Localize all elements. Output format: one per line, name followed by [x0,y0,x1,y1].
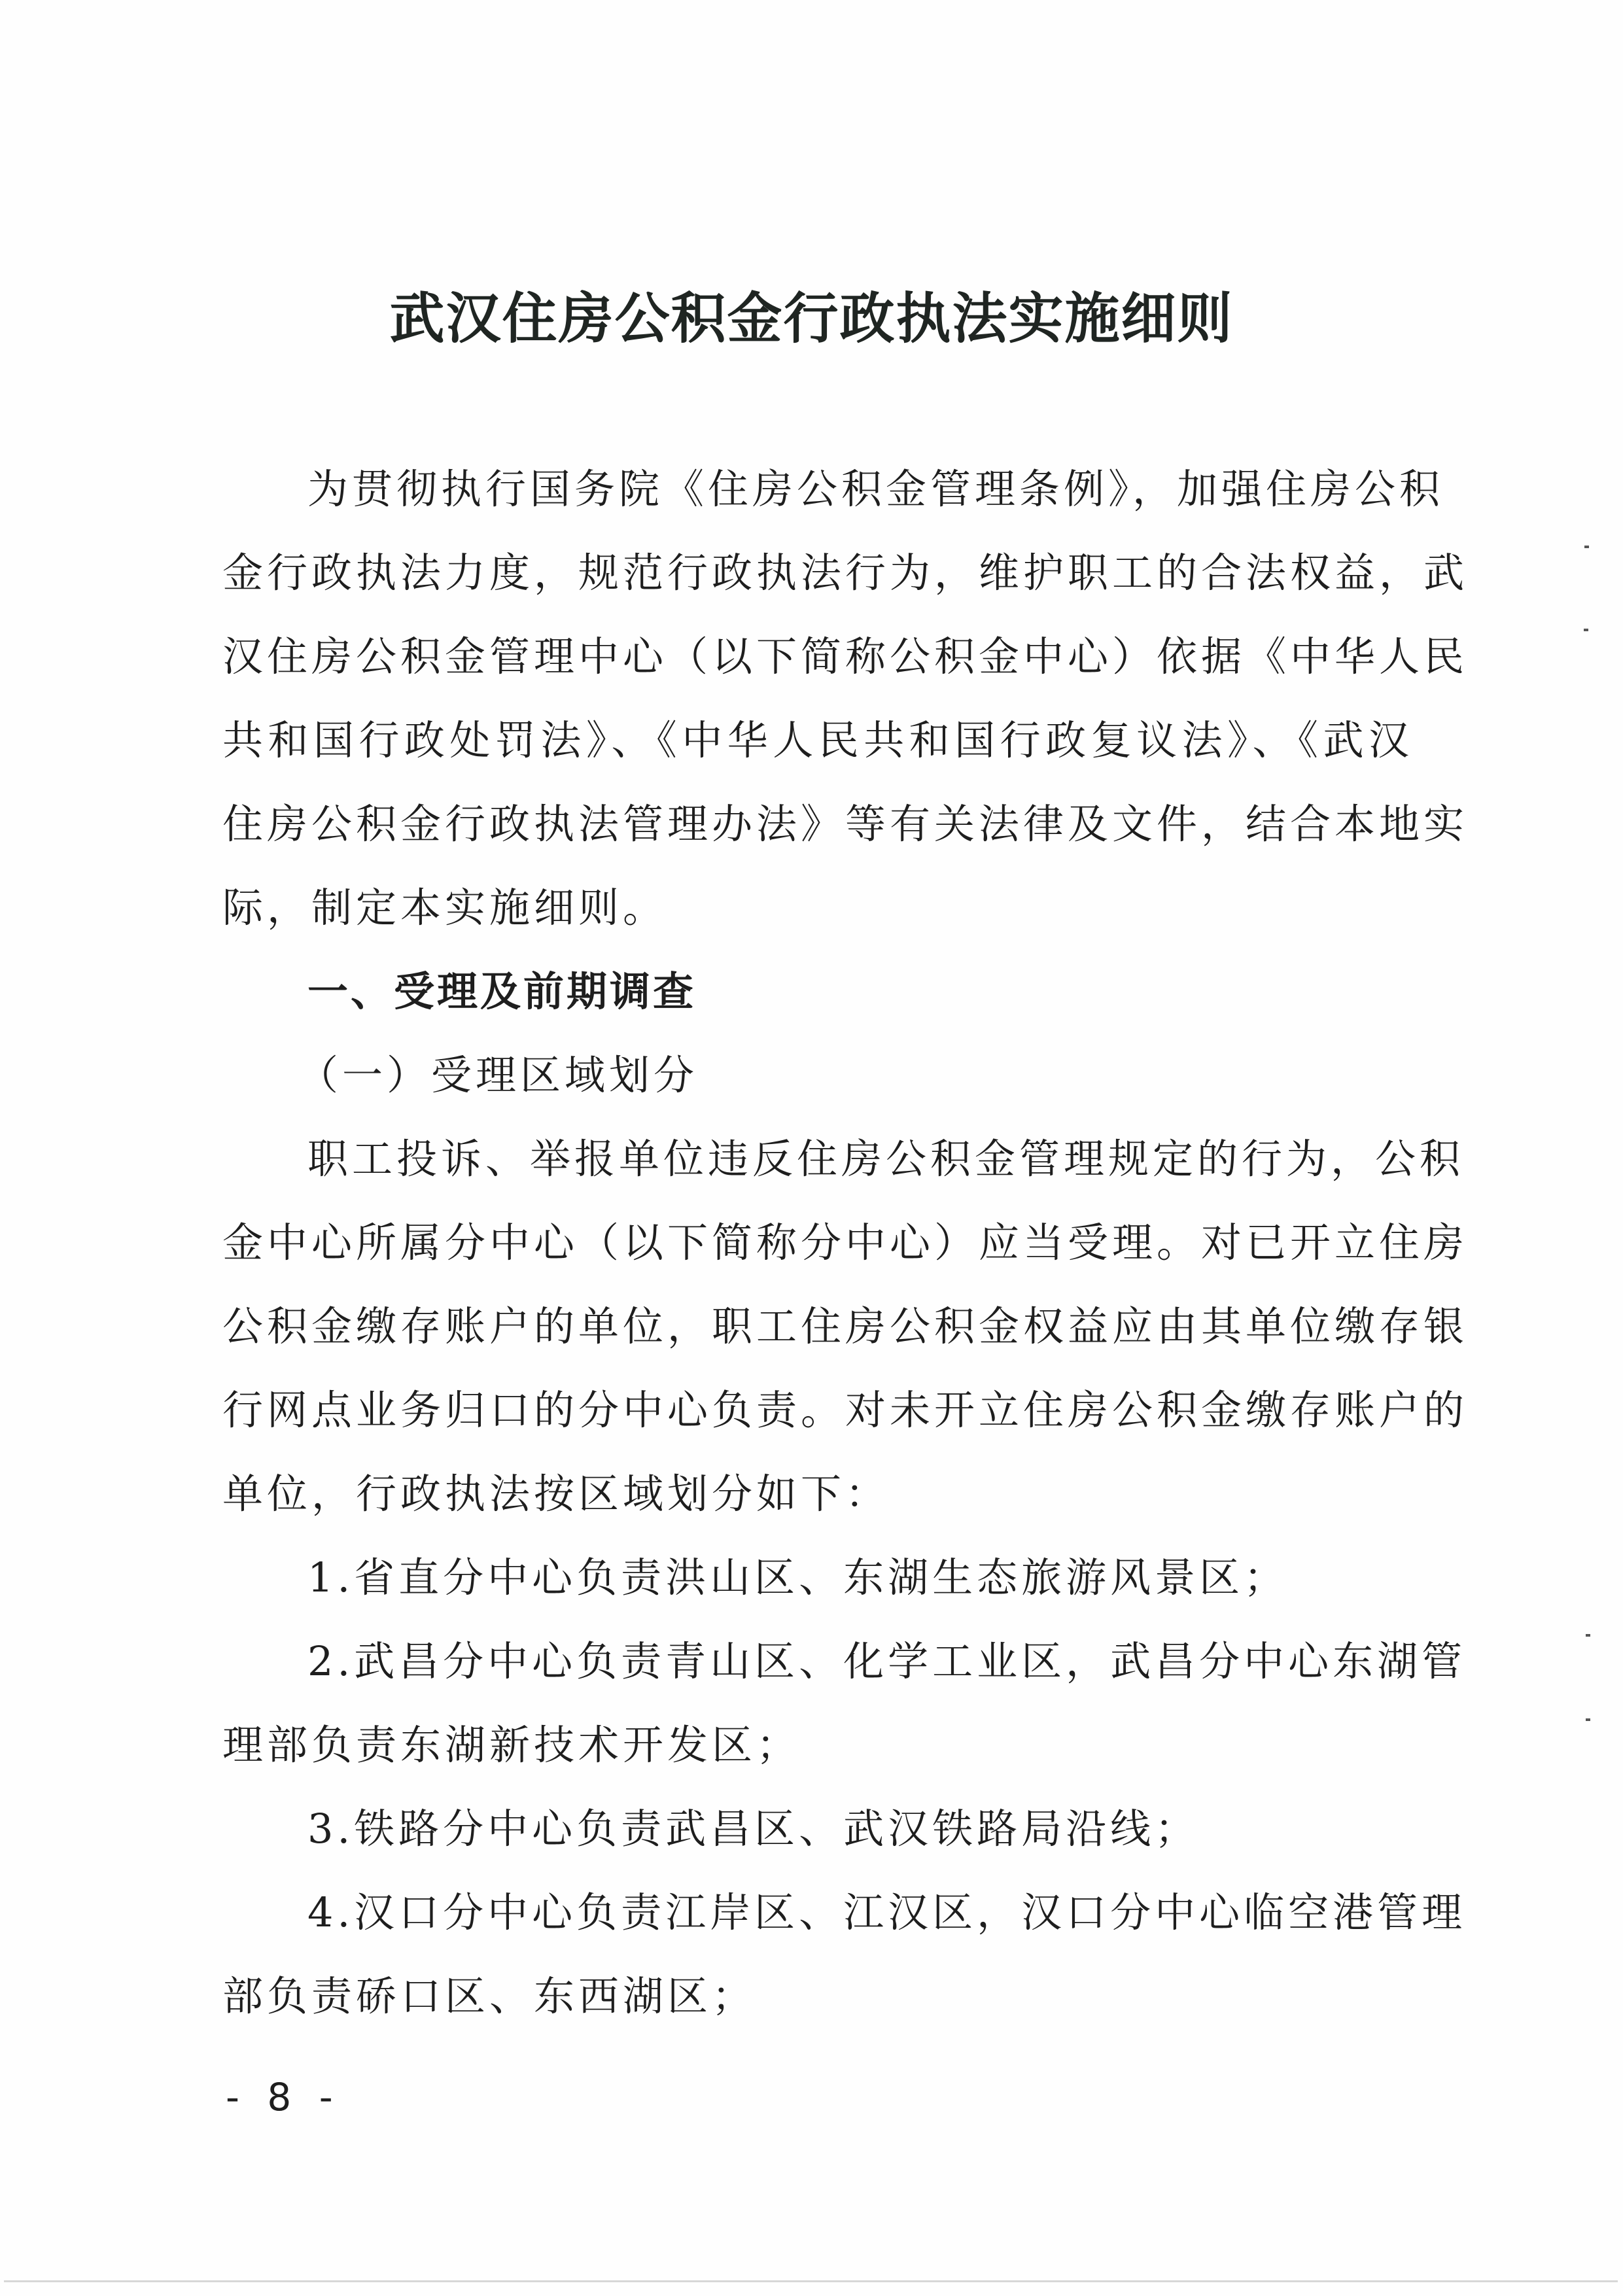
intro-line-5: 住房公积金行政执法管理办法》等有关法律及文件，结合本地实 [222,801,1413,848]
intro-line-2: 金行政执法力度，规范行政执法行为，维护职工的合法权益，武 [222,549,1413,597]
list-item-3: 3.铁路分中心负责武昌区、武汉铁路局沿线； [307,1805,1413,1852]
para-line-2: 金中心所属分中心（以下简称分中心）应当受理。对已开立住房 [222,1219,1413,1266]
intro-line-1: 为贯彻执行国务院《住房公积金管理条例》，加强住房公积 [307,466,1413,513]
para-line-5: 单位，行政执法按区域划分如下： [222,1470,1413,1518]
para-line-4: 行网点业务归口的分中心负责。对未开立住房公积金缴存账户的 [222,1387,1413,1434]
list-item-4-line-2: 部负责硚口区、东西湖区； [222,1973,1413,2020]
scan-mark [1586,1718,1590,1721]
para-line-1: 职工投诉、举报单位违反住房公积金管理规定的行为，公积 [307,1136,1413,1183]
intro-line-6: 际，制定本实施细则。 [222,884,1413,931]
page-bottom-edge [4,2280,1618,2282]
scan-mark [1584,546,1589,548]
scan-mark [1584,629,1588,631]
intro-line-3: 汉住房公积金管理中心（以下简称公积金中心）依据《中华人民 [222,633,1413,680]
scan-mark [1586,1634,1590,1637]
list-item-2-line-1: 2.武昌分中心负责青山区、化学工业区，武昌分中心东湖管 [307,1638,1413,1685]
intro-line-4: 共和国行政处罚法》、《中华人民共和国行政复议法》、《武汉 [222,717,1413,764]
list-item-4-line-1: 4.汉口分中心负责江岸区、江汉区，汉口分中心临空港管理 [307,1889,1413,1936]
para-line-3: 公积金缴存账户的单位，职工住房公积金权益应由其单位缴存银 [222,1303,1413,1350]
section-heading: 一、受理及前期调查 [307,968,1413,1015]
page-number: - 8 - [226,2075,341,2119]
subsection-heading: （一）受理区域划分 [298,1052,1488,1099]
document-title: 武汉住房公积金行政执法实施细则 [0,275,1623,354]
document-page: 武汉住房公积金行政执法实施细则 为贯彻执行国务院《住房公积金管理条例》，加强住房… [0,0,1623,2296]
list-item-2-line-2: 理部负责东湖新技术开发区； [222,1722,1413,1769]
list-item-1: 1.省直分中心负责洪山区、东湖生态旅游风景区； [307,1554,1413,1601]
